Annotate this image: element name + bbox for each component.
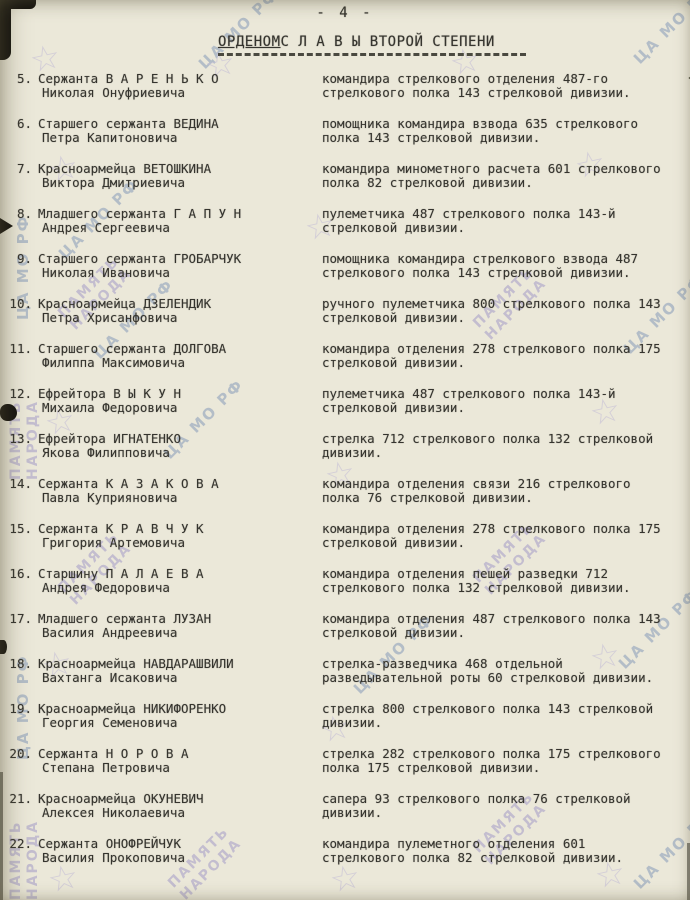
recipient-rank-surname: Сержанта В А Р Е Н Ь К О xyxy=(38,72,314,86)
recipient-name-patronymic: Виктора Дмитриевича xyxy=(38,176,314,190)
award-entry: 19. Красноармейца НИКИФОРЕНКО Георгия Се… xyxy=(0,702,690,729)
recipient-block: Красноармейца НАВДАРАШВИЛИ Вахтанга Исак… xyxy=(32,657,314,684)
recipient-rank-surname: Старшего сержанта ВЕДИНА xyxy=(38,117,314,131)
recipient-rank-surname: Сержанта К Р А В Ч У К xyxy=(38,522,314,536)
award-entry: 9. Старшего сержанта ГРОБАРЧУК Николая И… xyxy=(0,252,690,279)
section-title-word: ОРДЕНОМ xyxy=(218,34,281,50)
award-citation: командира отделения 487 стрелкового полк… xyxy=(314,612,674,639)
entry-number: 6. xyxy=(0,117,32,144)
recipient-rank-surname: Красноармейца ВЕТОШКИНА xyxy=(38,162,314,176)
section-title-block: ОРДЕНОМС Л А В Ы ВТОРОЙ СТЕПЕНИ xyxy=(218,34,540,56)
recipient-rank-surname: Красноармейца НИКИФОРЕНКО xyxy=(38,702,314,716)
entry-number: 14. xyxy=(0,477,32,504)
entry-number: 21. xyxy=(0,792,32,819)
recipient-name-patronymic: Якова Филипповича xyxy=(38,446,314,460)
recipient-block: Младшего сержанта Г А П У Н Андрея Серге… xyxy=(32,207,314,234)
recipient-rank-surname: Ефрейтора В Ы К У Н xyxy=(38,387,314,401)
recipient-rank-surname: Сержанта К А З А К О В А xyxy=(38,477,314,491)
award-citation: командира пулеметного отделения 601 стре… xyxy=(314,837,674,864)
award-citation: командира стрелкового отделения 487-го с… xyxy=(314,72,674,99)
section-title-rest: С Л А В Ы ВТОРОЙ СТЕПЕНИ xyxy=(281,34,495,50)
recipient-rank-surname: Красноармейца НАВДАРАШВИЛИ xyxy=(38,657,314,671)
award-citation: командира отделения связи 216 стрелковог… xyxy=(314,477,674,504)
recipient-name-patronymic: Вахтанга Исаковича xyxy=(38,671,314,685)
recipient-block: Ефрейтора ИГНАТЕНКО Якова Филипповича xyxy=(32,432,314,459)
entry-number: 20. xyxy=(0,747,32,774)
recipient-rank-surname: Старшего сержанта ДОЛГОВА xyxy=(38,342,314,356)
recipient-block: Сержанта Н О Р О В А Степана Петровича xyxy=(32,747,314,774)
recipient-block: Красноармейца ВЕТОШКИНА Виктора Дмитриев… xyxy=(32,162,314,189)
recipient-block: Красноармейца ОКУНЕВИЧ Алексея Николаеви… xyxy=(32,792,314,819)
recipient-block: Сержанта ОНОФРЕЙЧУК Василия Прокоповича xyxy=(32,837,314,864)
award-entry: 11. Старшего сержанта ДОЛГОВА Филиппа Ма… xyxy=(0,342,690,369)
award-entry: 20. Сержанта Н О Р О В А Степана Петрови… xyxy=(0,747,690,774)
recipient-name-patronymic: Петра Капитоновича xyxy=(38,131,314,145)
recipient-rank-surname: Сержанта Н О Р О В А xyxy=(38,747,314,761)
award-citation: пулеметчика 487 стрелкового полка 143-й … xyxy=(314,387,674,414)
recipient-name-patronymic: Василия Прокоповича xyxy=(38,851,314,865)
award-citation: стрелка-разведчика 468 отдельной разведы… xyxy=(314,657,674,684)
award-entry: 17. Младшего сержанта ЛУЗАН Василия Андр… xyxy=(0,612,690,639)
page-number: - 4 - xyxy=(0,5,690,21)
recipient-block: Старшего сержанта ДОЛГОВА Филиппа Максим… xyxy=(32,342,314,369)
award-citation: ручного пулеметчика 800 стрелкового полк… xyxy=(314,297,674,324)
entry-number: 13. xyxy=(0,432,32,459)
entry-number: 10. xyxy=(0,297,32,324)
recipient-name-patronymic: Василия Андреевича xyxy=(38,626,314,640)
award-entry: 14. Сержанта К А З А К О В А Павла Купри… xyxy=(0,477,690,504)
recipient-block: Старшину П А Л А Е В А Андрея Федоровича xyxy=(32,567,314,594)
entry-number: 9. xyxy=(0,252,32,279)
recipient-block: Красноармейца ДЗЕЛЕНДИК Петра Хрисанфови… xyxy=(32,297,314,324)
entry-number: 11. xyxy=(0,342,32,369)
recipient-name-patronymic: Алексея Николаевича xyxy=(38,806,314,820)
entry-number: 17. xyxy=(0,612,32,639)
recipient-name-patronymic: Андрея Сергеевича xyxy=(38,221,314,235)
recipient-name-patronymic: Степана Петровича xyxy=(38,761,314,775)
award-entry: 13. Ефрейтора ИГНАТЕНКО Якова Филиппович… xyxy=(0,432,690,459)
recipient-name-patronymic: Николая Ивановича xyxy=(38,266,314,280)
award-entry: 8. Младшего сержанта Г А П У Н Андрея Се… xyxy=(0,207,690,234)
award-citation: сапера 93 стрелкового полка 76 стрелково… xyxy=(314,792,674,819)
entry-number: 22. xyxy=(0,837,32,864)
award-entry: 22. Сержанта ОНОФРЕЙЧУК Василия Прокопов… xyxy=(0,837,690,864)
recipient-rank-surname: Младшего сержанта ЛУЗАН xyxy=(38,612,314,626)
recipient-block: Сержанта В А Р Е Н Ь К О Николая Онуфрие… xyxy=(32,72,314,99)
award-entry: 18. Красноармейца НАВДАРАШВИЛИ Вахтанга … xyxy=(0,657,690,684)
section-title: ОРДЕНОМС Л А В Ы ВТОРОЙ СТЕПЕНИ xyxy=(218,34,540,50)
document-page: ЦА МО РФЦА МО РФЦА МО РФЦА МО РФЦА МО РФ… xyxy=(0,0,690,900)
award-entry: 6. Старшего сержанта ВЕДИНА Петра Капито… xyxy=(0,117,690,144)
entry-number: 15. xyxy=(0,522,32,549)
recipient-name-patronymic: Филиппа Максимовича xyxy=(38,356,314,370)
recipient-block: Старшего сержанта ВЕДИНА Петра Капитонов… xyxy=(32,117,314,144)
recipient-name-patronymic: Григория Артемовича xyxy=(38,536,314,550)
award-citation: командира отделения 278 стрелкового полк… xyxy=(314,522,674,549)
entry-number: 12. xyxy=(0,387,32,414)
award-entry: 5. Сержанта В А Р Е Н Ь К О Николая Онуф… xyxy=(0,72,690,99)
recipient-name-patronymic: Николая Онуфриевича xyxy=(38,86,314,100)
recipient-block: Старшего сержанта ГРОБАРЧУК Николая Иван… xyxy=(32,252,314,279)
award-citation: стрелка 712 стрелкового полка 132 стрелк… xyxy=(314,432,674,459)
entry-number: 8. xyxy=(0,207,32,234)
recipient-name-patronymic: Георгия Семеновича xyxy=(38,716,314,730)
recipient-block: Сержанта К Р А В Ч У К Григория Артемови… xyxy=(32,522,314,549)
award-citation: командира отделения пешей разведки 712 с… xyxy=(314,567,674,594)
recipient-name-patronymic: Петра Хрисанфовича xyxy=(38,311,314,325)
recipient-name-patronymic: Павла Куприяновича xyxy=(38,491,314,505)
award-citation: стрелка 800 стрелкового полка 143 стрелк… xyxy=(314,702,674,729)
award-citation: стрелка 282 стрелкового полка 175 стрелк… xyxy=(314,747,674,774)
award-entry: 7. Красноармейца ВЕТОШКИНА Виктора Дмитр… xyxy=(0,162,690,189)
award-entry: 16. Старшину П А Л А Е В А Андрея Федоро… xyxy=(0,567,690,594)
recipient-rank-surname: Сержанта ОНОФРЕЙЧУК xyxy=(38,837,314,851)
recipient-block: Ефрейтора В Ы К У Н Михаила Федоровича xyxy=(32,387,314,414)
recipient-rank-surname: Старшего сержанта ГРОБАРЧУК xyxy=(38,252,314,266)
award-entry: 10. Красноармейца ДЗЕЛЕНДИК Петра Хрисан… xyxy=(0,297,690,324)
recipient-rank-surname: Ефрейтора ИГНАТЕНКО xyxy=(38,432,314,446)
award-citation: помощника командира стрелкового взвода 4… xyxy=(314,252,674,279)
entry-number: 7. xyxy=(0,162,32,189)
entry-number: 5. xyxy=(0,72,32,99)
recipient-name-patronymic: Андрея Федоровича xyxy=(38,581,314,595)
recipient-block: Красноармейца НИКИФОРЕНКО Георгия Семено… xyxy=(32,702,314,729)
recipient-block: Сержанта К А З А К О В А Павла Куприянов… xyxy=(32,477,314,504)
award-list: 5. Сержанта В А Р Е Н Ь К О Николая Онуф… xyxy=(0,72,690,864)
award-citation: командира отделения 278 стрелкового полк… xyxy=(314,342,674,369)
recipient-rank-surname: Младшего сержанта Г А П У Н xyxy=(38,207,314,221)
entry-number: 18. xyxy=(0,657,32,684)
recipient-name-patronymic: Михаила Федоровича xyxy=(38,401,314,415)
entry-number: 19. xyxy=(0,702,32,729)
award-citation: командира минометного расчета 601 стрелк… xyxy=(314,162,674,189)
recipient-rank-surname: Красноармейца ОКУНЕВИЧ xyxy=(38,792,314,806)
award-citation: пулеметчика 487 стрелкового полка 143-й … xyxy=(314,207,674,234)
award-entry: 15. Сержанта К Р А В Ч У К Григория Арте… xyxy=(0,522,690,549)
award-entry: 21. Красноармейца ОКУНЕВИЧ Алексея Никол… xyxy=(0,792,690,819)
recipient-rank-surname: Старшину П А Л А Е В А xyxy=(38,567,314,581)
title-underline xyxy=(218,53,526,56)
recipient-block: Младшего сержанта ЛУЗАН Василия Андрееви… xyxy=(32,612,314,639)
award-citation: помощника командира взвода 635 стрелково… xyxy=(314,117,674,144)
entry-number: 16. xyxy=(0,567,32,594)
award-entry: 12. Ефрейтора В Ы К У Н Михаила Федорови… xyxy=(0,387,690,414)
recipient-rank-surname: Красноармейца ДЗЕЛЕНДИК xyxy=(38,297,314,311)
